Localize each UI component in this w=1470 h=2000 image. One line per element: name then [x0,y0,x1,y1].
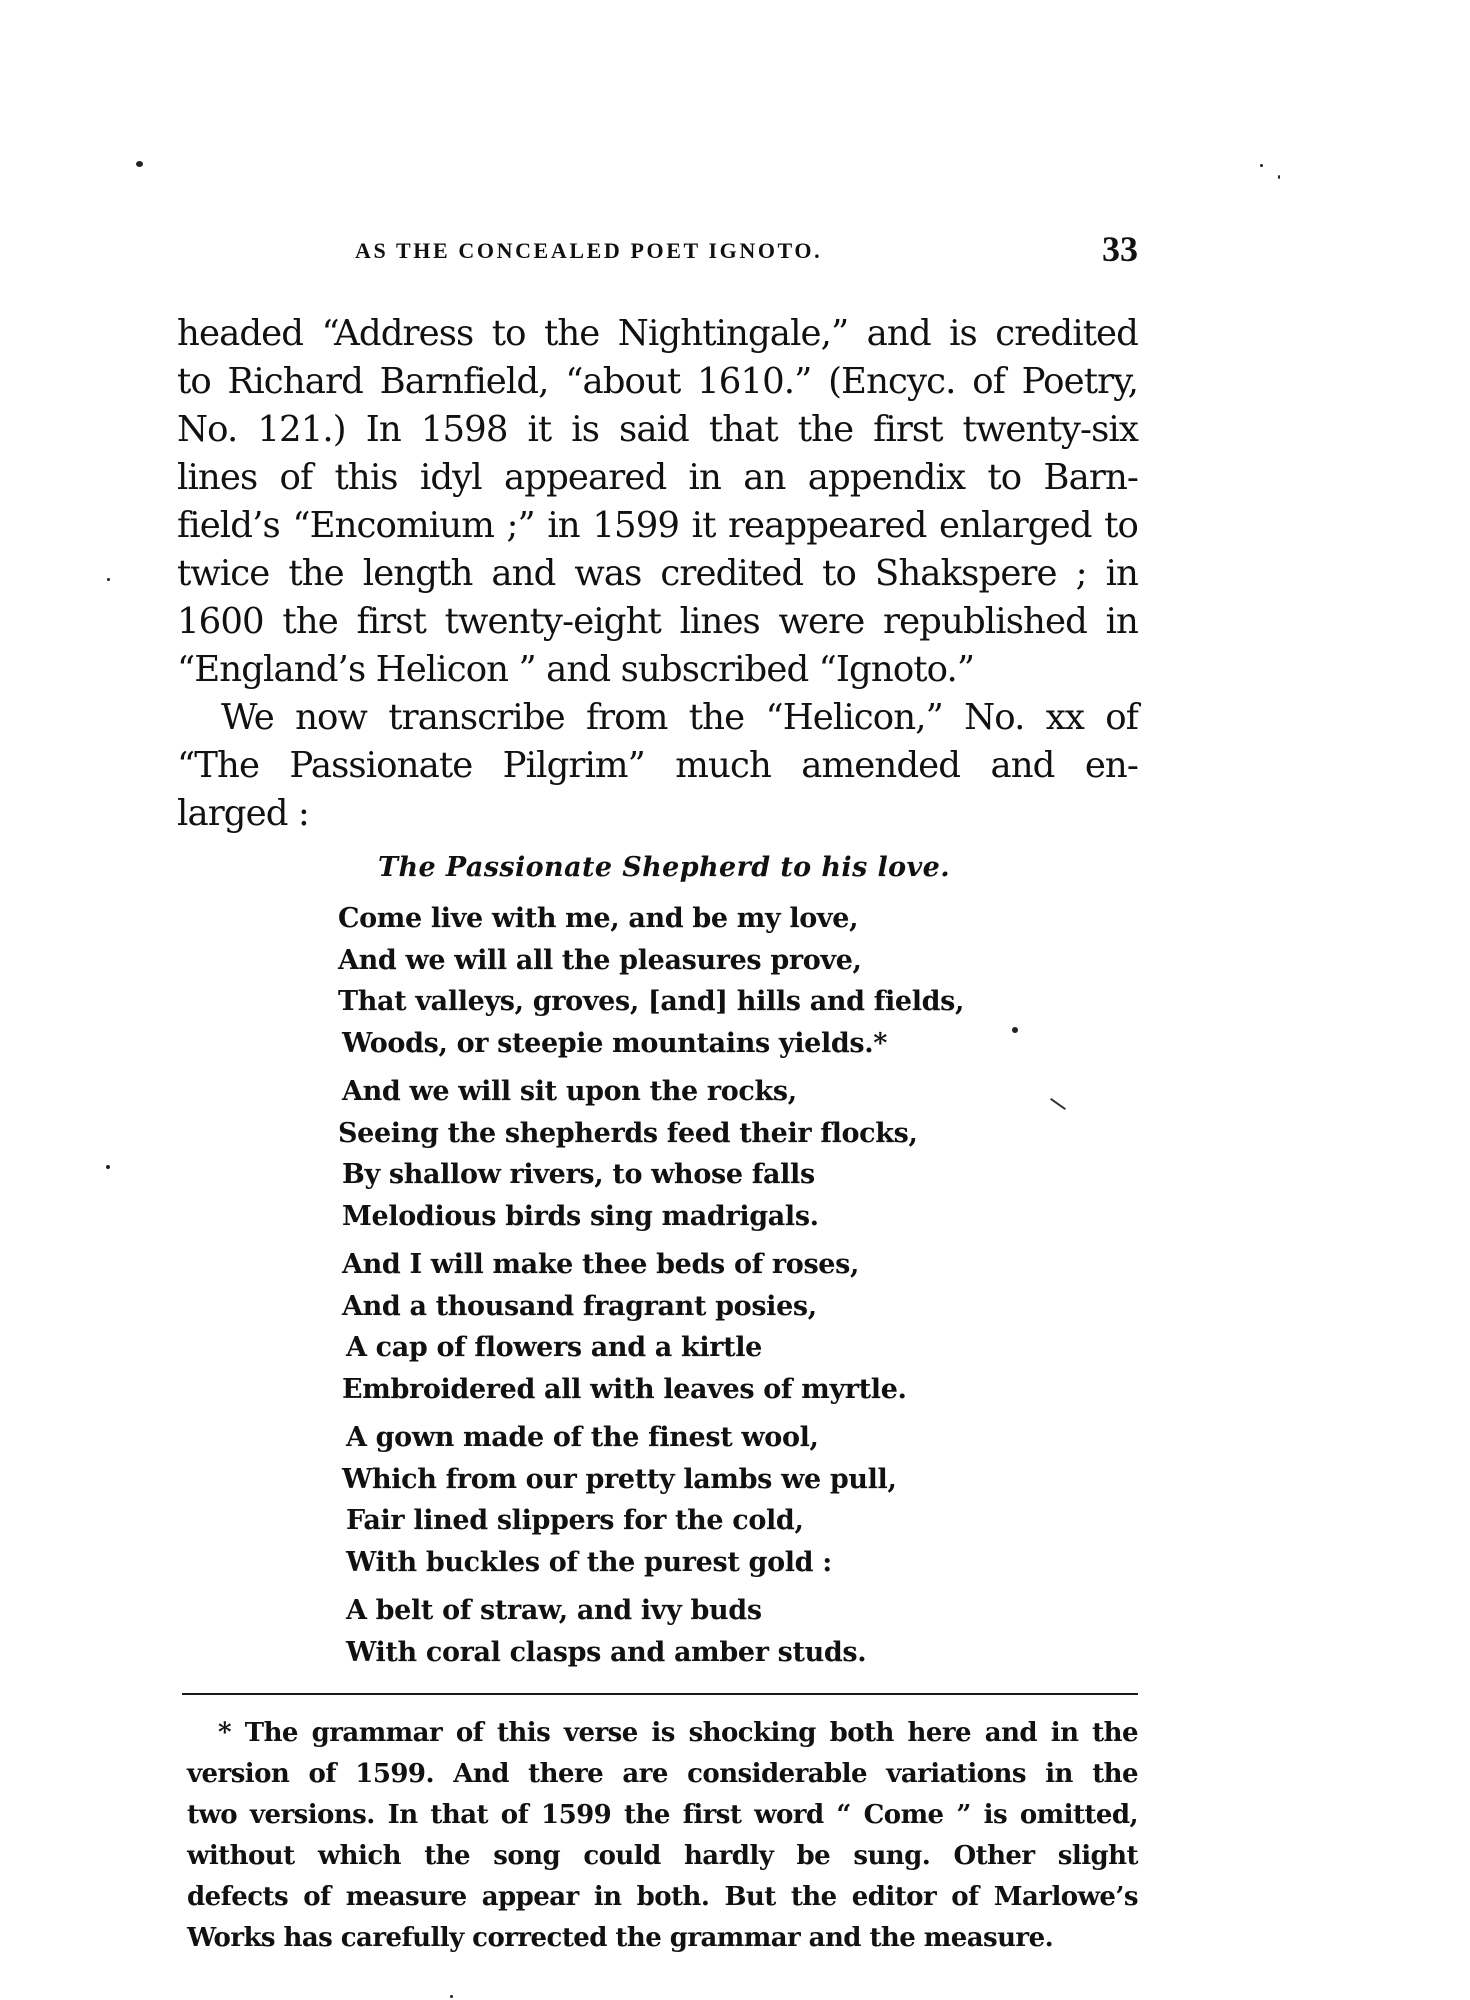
stanza: And we will sit upon the rocks, Seeing t… [338,1071,1098,1237]
running-title: AS THE CONCEALED POET IGNOTO. [355,238,822,264]
body-line: field’s “Encomium ;” in 1599 it reappear… [177,502,1138,550]
verse-line: A cap of flowers and a kirtle [338,1327,1098,1369]
stanza: Come live with me, and be my love, And w… [338,898,1098,1064]
verse-line: A belt of straw, and ivy buds [338,1590,1098,1632]
page-number: 33 [1102,228,1138,270]
running-header: AS THE CONCEALED POET IGNOTO. 33 [355,236,1138,268]
verse-line: Seeing the shepherds feed their flocks, [338,1113,1098,1155]
stanza: A belt of straw, and ivy buds With coral… [338,1590,1098,1673]
poem: Come live with me, and be my love, And w… [338,898,1098,1680]
verse-line: And I will make thee beds of roses, [338,1244,1098,1286]
footnote-line: * The grammar of this verse is shocking … [187,1713,1138,1754]
scan-speck [1278,175,1280,179]
verse-line: With buckles of the purest gold : [338,1542,1098,1584]
verse-line: And a thousand fragrant posies, [338,1286,1098,1328]
verse-line: A gown made of the finest wool, [338,1417,1098,1459]
footnote: * The grammar of this verse is shocking … [187,1713,1138,1959]
footnote-rule [182,1693,1138,1695]
body-line: We now transcribe from the “Helicon,” No… [177,694,1138,742]
scan-speck [106,1165,110,1169]
verse-line: And we will all the pleasures prove, [338,940,1098,982]
verse-line: Melodious birds sing madrigals. [338,1196,1098,1238]
book-page: AS THE CONCEALED POET IGNOTO. 33 headed … [0,0,1470,2000]
body-line: “The Passionate Pilgrim” much amended an… [177,742,1138,790]
body-line: “England’s Helicon ” and subscribed “Ign… [177,646,1138,694]
verse-line: And we will sit upon the rocks, [338,1071,1098,1113]
footnote-line: version of 1599. And there are considera… [187,1754,1138,1795]
verse-line: Fair lined slippers for the cold, [338,1500,1098,1542]
stanza: And I will make thee beds of roses, And … [338,1244,1098,1410]
poem-title: The Passionate Shepherd to his love. [378,852,950,883]
footnote-line: defects of measure appear in both. But t… [187,1877,1138,1918]
scan-speck [1260,164,1263,167]
body-line: to Richard Barnfield, “about 1610.” (Enc… [177,358,1138,406]
scan-speck [136,161,143,167]
footnote-line: without which the song could hardly be s… [187,1836,1138,1877]
footnote-line: two versions. In that of 1599 the first … [187,1795,1138,1836]
verse-line: Embroidered all with leaves of myrtle. [338,1369,1098,1411]
scan-speck [107,578,110,581]
footnote-line: Works has carefully corrected the gramma… [187,1918,1138,1959]
body-line: larged : [177,790,1138,838]
body-line: 1600 the first twenty-eight lines were r… [177,598,1138,646]
verse-line: Which from our pretty lambs we pull, [338,1459,1098,1501]
verse-line: Woods, or steepie mountains yields.* [338,1023,1098,1065]
scan-speck [450,1995,453,1998]
stanza: A gown made of the finest wool, Which fr… [338,1417,1098,1583]
body-line: twice the length and was credited to Sha… [177,550,1138,598]
body-line: lines of this idyl appeared in an append… [177,454,1138,502]
body-line: No. 121.) In 1598 it is said that the fi… [177,406,1138,454]
body-text: headed “Address to the Nightingale,” and… [177,310,1138,838]
body-line: headed “Address to the Nightingale,” and… [177,310,1138,358]
verse-line: Come live with me, and be my love, [338,898,1098,940]
verse-line: By shallow rivers, to whose falls [338,1154,1098,1196]
verse-line: That valleys, groves, [and] hills and fi… [338,981,1098,1023]
verse-line: With coral clasps and amber studs. [338,1632,1098,1674]
